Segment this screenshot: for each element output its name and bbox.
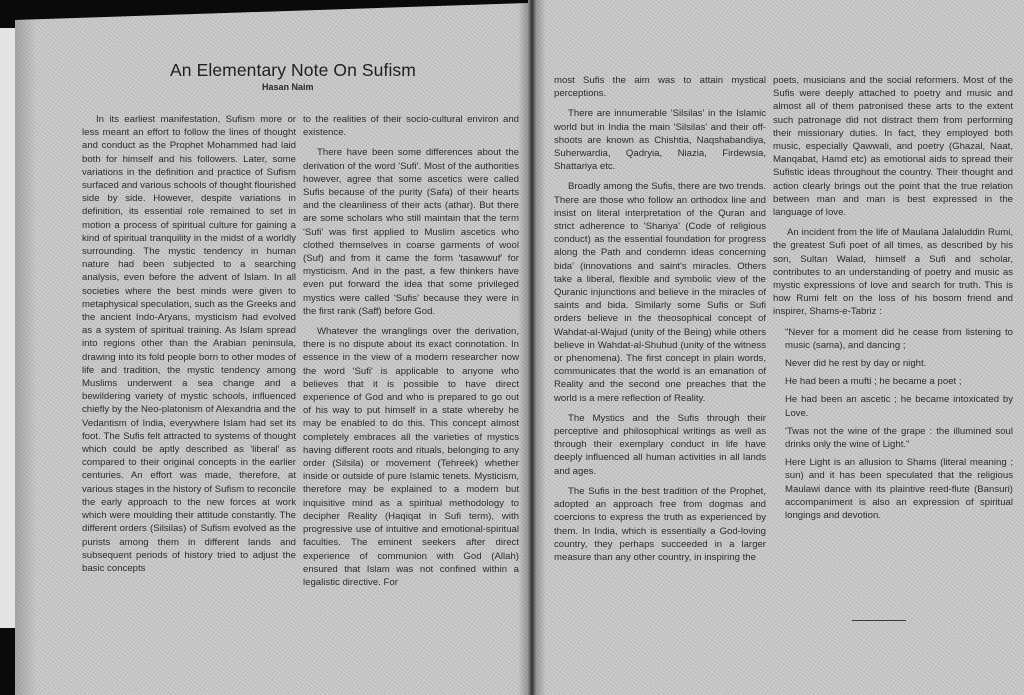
paragraph: The Sufis in the best tradition of the P… [554, 485, 766, 564]
paragraph: Here Light is an allusion to Shams (lite… [785, 456, 1013, 522]
right-page-column-2: poets, musicians and the social reformer… [773, 74, 1013, 527]
left-page-column-2: to the realities of their socio-cultural… [303, 113, 519, 596]
book-spine [518, 0, 546, 695]
right-page-column-1: most Sufis the aim was to attain mystica… [554, 74, 766, 571]
article-title: An Elementary Note On Sufism [170, 60, 440, 81]
verse-line: 'Twas not the wine of the grape : the il… [785, 425, 1013, 451]
paragraph: An incident from the life of Maulana Jal… [773, 226, 1013, 318]
verse-line: He had been an ascetic ; he became intox… [785, 393, 1013, 419]
paragraph: Whatever the wranglings over the derivat… [303, 325, 519, 589]
paragraph: There are innumerable 'Silsilas' in the … [554, 107, 766, 173]
paragraph: In its earliest manifestation, Sufism mo… [82, 113, 296, 575]
paragraph: There have been some differences about t… [303, 146, 519, 318]
paragraph: The Mystics and the Sufis through their … [554, 412, 766, 478]
previous-page-edge [0, 28, 15, 628]
paragraph: most Sufis the aim was to attain mystica… [554, 74, 766, 100]
paragraph: Broadly among the Sufis, there are two t… [554, 180, 766, 404]
end-of-article-rule [852, 620, 906, 621]
book-spread: An Elementary Note On Sufism Hasan Naim … [0, 0, 1024, 695]
verse-line: "Never for a moment did he cease from li… [785, 326, 1013, 352]
paragraph: to the realities of their socio-cultural… [303, 113, 519, 139]
article-author: Hasan Naim [262, 82, 314, 92]
verse-line: He had been a mufti ; he became a poet ; [785, 375, 1013, 388]
left-page-column-1: In its earliest manifestation, Sufism mo… [82, 113, 296, 582]
paragraph: poets, musicians and the social reformer… [773, 74, 1013, 219]
left-page-shadow [15, 20, 37, 695]
verse-line: Never did he rest by day or night. [785, 357, 1013, 370]
